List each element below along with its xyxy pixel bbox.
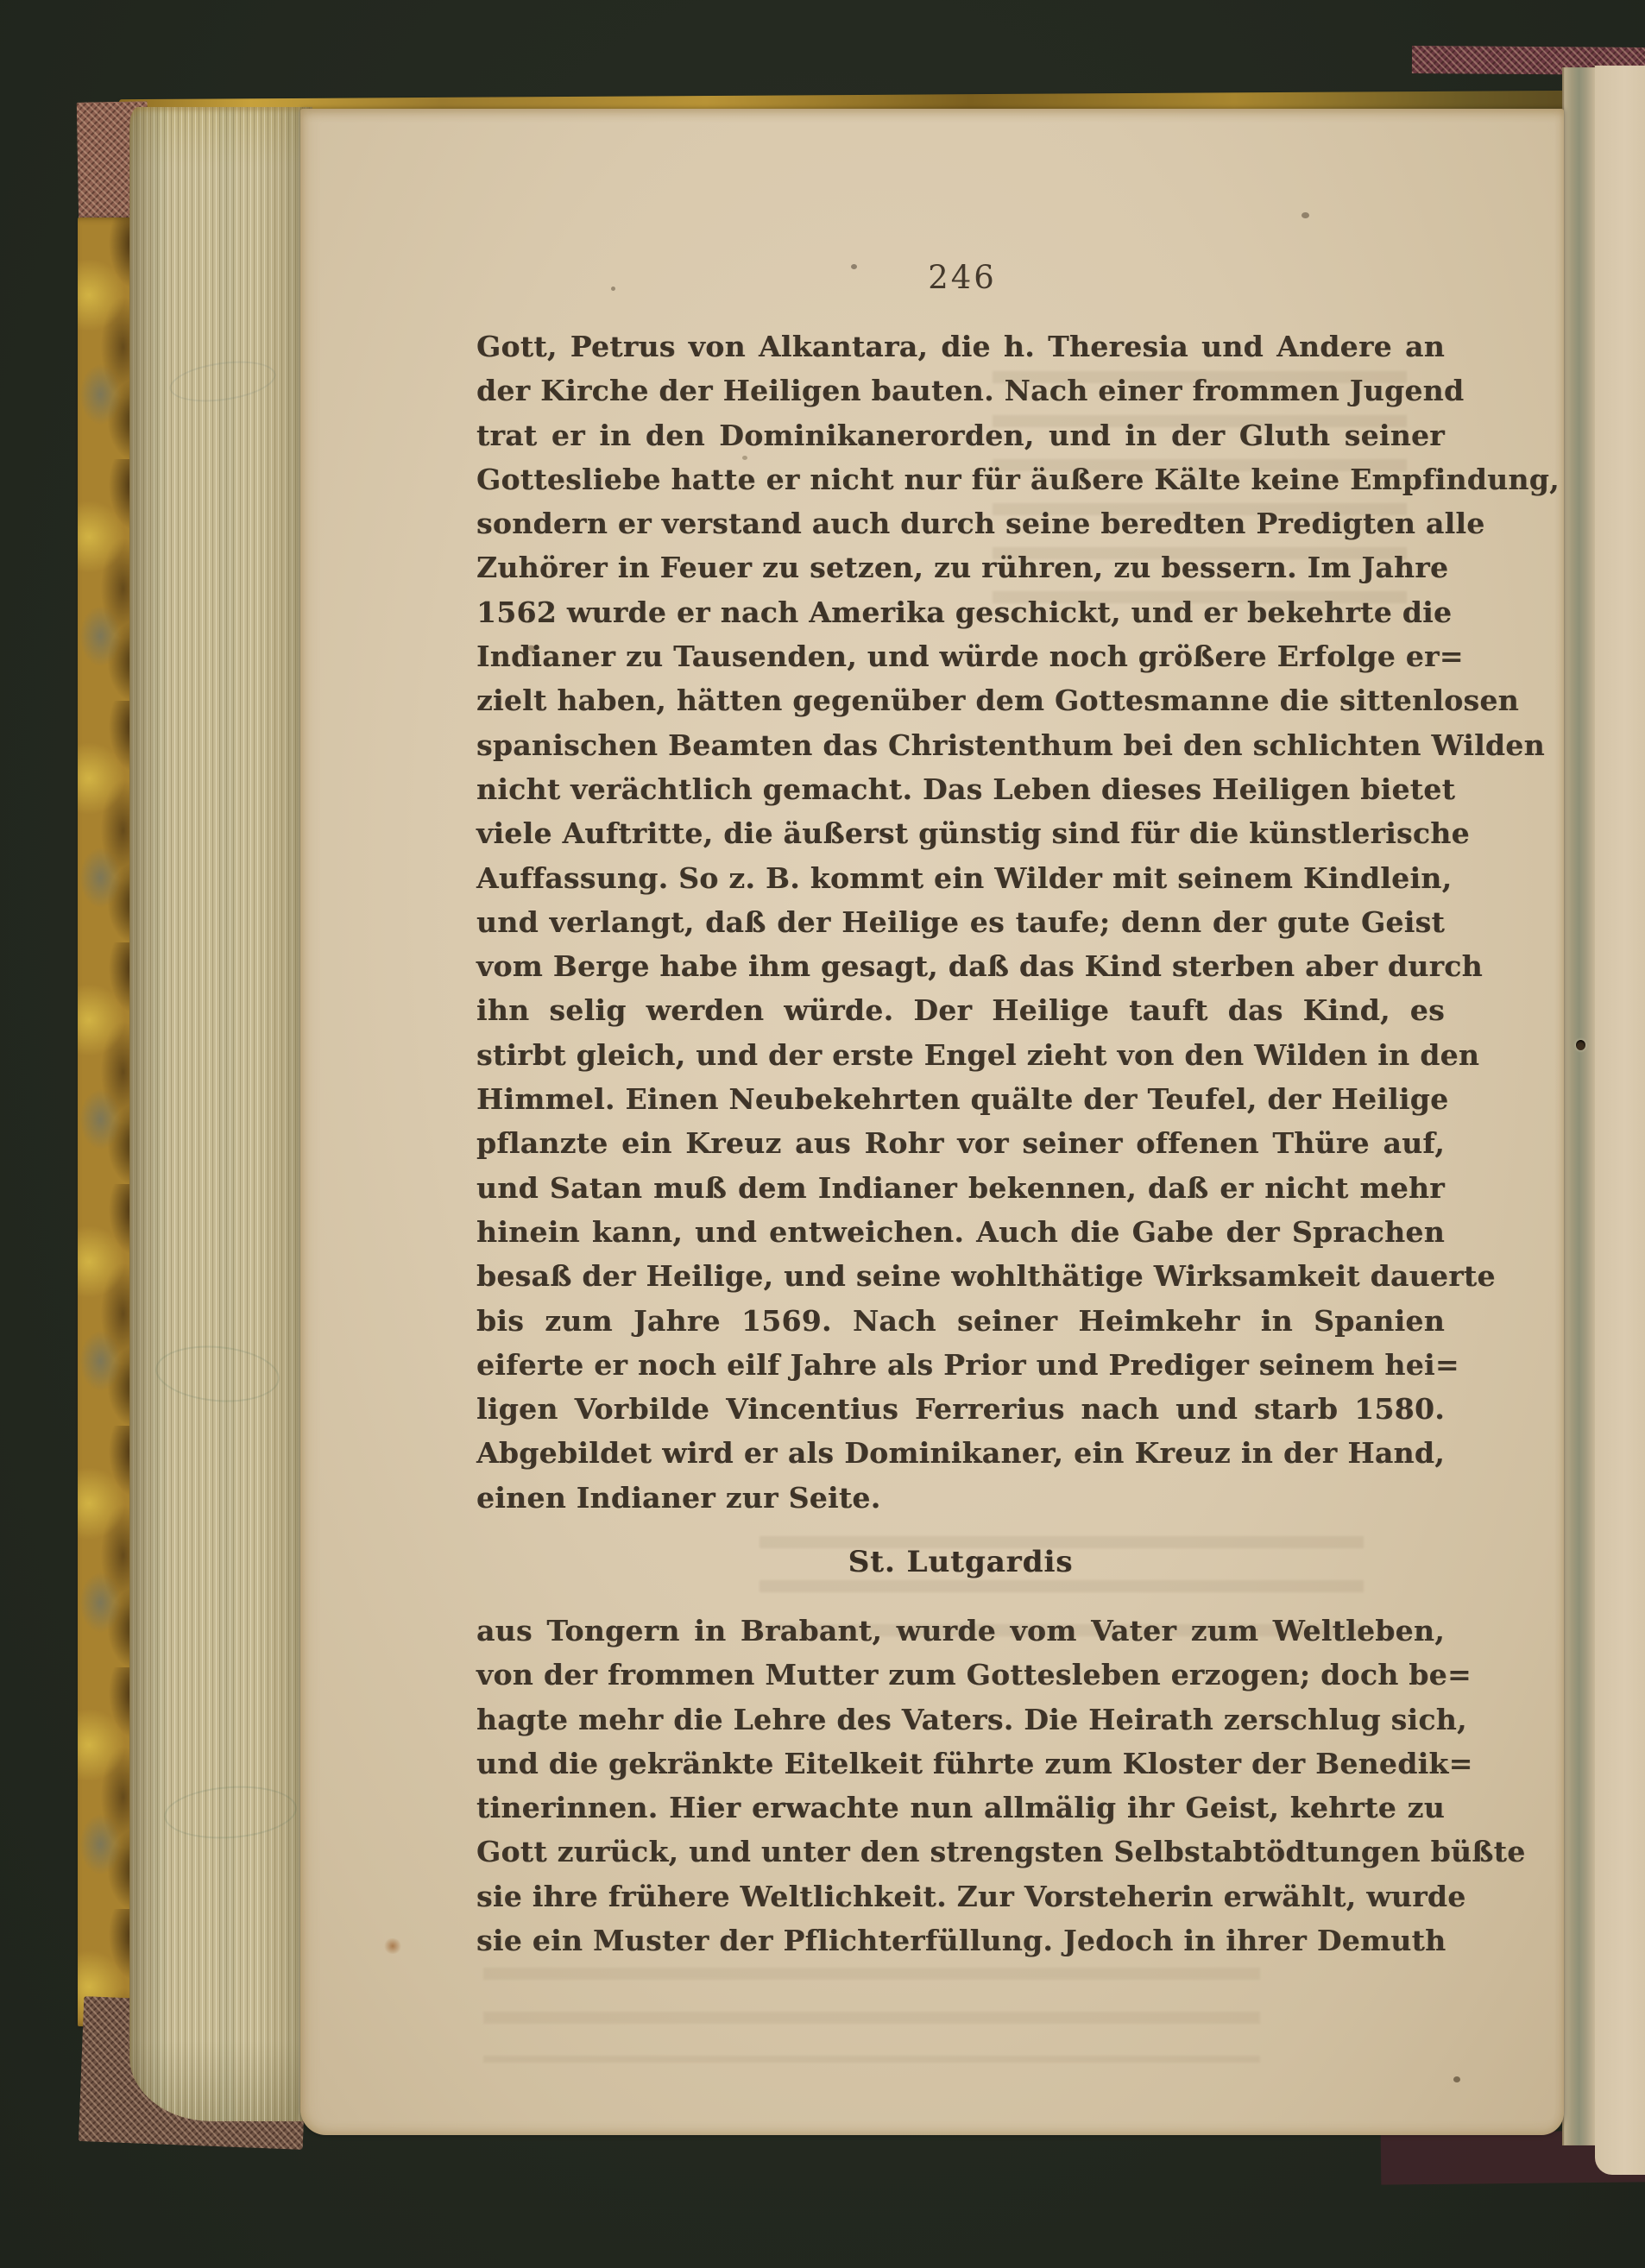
text-line: von der frommen Mutter zum Gottesleben e… — [476, 1653, 1445, 1697]
text-line: ihn selig werden würde. Der Heilige tauf… — [476, 988, 1445, 1032]
text-line: trat er in den Dominikanerorden, und in … — [476, 413, 1445, 457]
text-line: Gott zurück, und unter den strengsten Se… — [476, 1830, 1445, 1874]
text-line: 1562 wurde er nach Amerika geschickt, un… — [476, 590, 1445, 634]
foxing-spot — [383, 1938, 402, 1954]
text-line: besaß der Heilige, und seine wohlthätige… — [476, 1254, 1445, 1298]
text-line: bis zum Jahre 1569. Nach seiner Heimkehr… — [476, 1299, 1445, 1343]
text-line: der Kirche der Heiligen bauten. Nach ein… — [476, 369, 1445, 413]
paragraph-petrus-von-alkantara: Gott, Petrus von Alkantara, die h. There… — [476, 324, 1445, 1520]
wormhole-mark — [1576, 1040, 1585, 1050]
page-number: 246 — [479, 259, 1446, 296]
text-line: Indianer zu Tausenden, und würde noch gr… — [476, 634, 1445, 678]
text-line: tinerinnen. Hier erwachte nun allmälig i… — [476, 1786, 1445, 1830]
foxing-spot — [1302, 212, 1309, 218]
text-line: aus Tongern in Brabant, wurde vom Vater … — [476, 1609, 1445, 1653]
text-line: spanischen Beamten das Christenthum bei … — [476, 723, 1445, 767]
text-line: Zuhörer in Feuer zu setzen, zu rühren, z… — [476, 545, 1445, 589]
text-line: viele Auftritte, die äußerst günstig sin… — [476, 811, 1445, 855]
text-line: nicht verächtlich gemacht. Das Leben die… — [476, 767, 1445, 811]
text-line: Gott, Petrus von Alkantara, die h. There… — [476, 324, 1445, 369]
text-line: und die gekränkte Eitelkeit führte zum K… — [476, 1742, 1445, 1786]
facing-page-sliver — [1595, 66, 1645, 2175]
text-line: vom Berge habe ihm gesagt, daß das Kind … — [476, 944, 1445, 988]
text-line: stirbt gleich, und der erste Engel zieht… — [476, 1033, 1445, 1077]
text-line: sondern er verstand auch durch seine ber… — [476, 501, 1445, 545]
text-line: Gottesliebe hatte er nicht nur für äußer… — [476, 457, 1445, 501]
text-line: Auffassung. So z. B. kommt ein Wilder mi… — [476, 856, 1445, 900]
foxing-spot — [1453, 2076, 1460, 2082]
text-line: ligen Vorbilde Vincentius Ferrerius nach… — [476, 1387, 1445, 1431]
scanned-book-photo: { "page": { "number": "246", "paragraph1… — [0, 0, 1645, 2268]
text-line: Himmel. Einen Neubekehrten quälte der Te… — [476, 1077, 1445, 1121]
text-line: einen Indianer zur Seite. — [476, 1476, 1445, 1520]
text-line: sie ein Muster der Pflichterfüllung. Jed… — [476, 1918, 1445, 1962]
text-line: eiferte er noch eilf Jahre als Prior und… — [476, 1343, 1445, 1387]
text-line: und verlangt, daß der Heilige es taufe; … — [476, 900, 1445, 944]
text-show-through — [483, 1968, 1260, 2063]
page-gutter-fold — [1562, 67, 1595, 2145]
text-line: hinein kann, und entweichen. Auch die Ga… — [476, 1210, 1445, 1254]
text-line: pflanzte ein Kreuz aus Rohr vor seiner o… — [476, 1121, 1445, 1165]
paragraph-st-lutgardis: aus Tongern in Brabant, wurde vom Vater … — [476, 1609, 1445, 1962]
text-line: Abgebildet wird er als Dominikaner, ein … — [476, 1431, 1445, 1475]
text-line: und Satan muß dem Indianer bekennen, daß… — [476, 1166, 1445, 1210]
section-heading-st-lutgardis: St. Lutgardis — [476, 1545, 1445, 1579]
text-line: sie ihre frühere Weltlichkeit. Zur Vorst… — [476, 1874, 1445, 1918]
text-line: hagte mehr die Lehre des Vaters. Die Hei… — [476, 1698, 1445, 1742]
text-line: zielt haben, hätten gegenüber dem Gottes… — [476, 678, 1445, 722]
